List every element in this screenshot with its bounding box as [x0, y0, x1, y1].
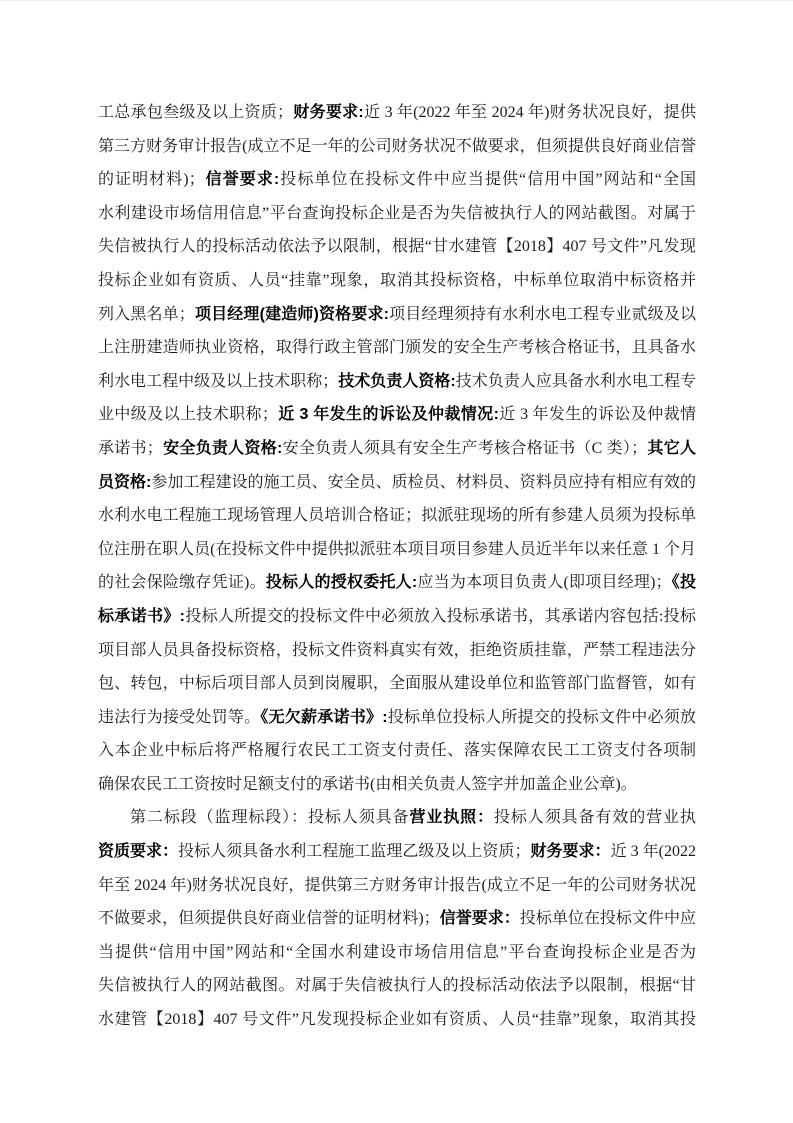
- text-run: 参加工程建设的施工员、安全员、质检员、材料员、资料员应持有相应有效的: [151, 474, 696, 491]
- text-run: 上注册建造师执业资格，取得行政主管部门颁发的安全生产考核合格证书，且具备水: [98, 339, 696, 356]
- text-line: 包、转包，中标后项目部人员到岗履职，全面服从建设单位和监管部门监督管，如有: [98, 667, 696, 701]
- bold-text-run: 营业执照：: [409, 809, 494, 826]
- paragraph-lot2-supervision-requirements: 第二标段（监理标段）：投标人须具备营业执照：投标人须具备有效的营业执照；资质要求…: [98, 801, 696, 1036]
- bold-text-run: 标承诺书》:: [98, 608, 185, 625]
- text-line: 当提供“信用中国”网站和“全国水利建设市场信用信息”平台查询投标企业是否为: [98, 936, 696, 970]
- text-line: 失信被执行人的网站截图。对属于失信被执行人的投标活动依法予以限制，根据“甘: [98, 969, 696, 1003]
- text-line: 位注册在职人员(在投标文件中提供拟派驻本项目项目参建人员近半年以来任意 1 个月: [98, 533, 696, 567]
- text-run: 水利水电工程施工现场管理人员培训合格证；拟派驻现场的所有参建人员须为投标单: [98, 507, 696, 524]
- bold-text-run: 其它人: [647, 440, 696, 457]
- text-line: 上注册建造师执业资格，取得行政主管部门颁发的安全生产考核合格证书，且具备水: [98, 331, 696, 365]
- text-line: 员资格:参加工程建设的施工员、安全员、质检员、材料员、资料员应持有相应有效的: [98, 466, 696, 500]
- text-run: 水建管【2018】407 号文件”凡发现投标企业如有资质、人员“挂靠”现象，取消…: [98, 1011, 696, 1028]
- text-run: 失信被执行人的网站截图。对属于失信被执行人的投标活动依法予以限制，根据“甘: [98, 977, 696, 994]
- text-line: 不做要求，但须提供良好商业信誉的证明材料)；信誉要求：投标单位在投标文件中应: [98, 902, 696, 936]
- text-line: 确保农民工工资按时足额支付的承诺书(由相关负责人签字并加盖企业公章)。: [98, 768, 696, 802]
- text-line: 投标企业如有资质、人员“挂靠”现象，取消其投标资格，中标单位取消中标资格并: [98, 264, 696, 298]
- text-line: 年至 2024 年)财务状况良好，提供第三方财务审计报告(成立不足一年的公司财务…: [98, 869, 696, 903]
- bold-text-run: 财务要求:: [293, 104, 364, 121]
- text-run: 近 3 年(2022 年至 2024 年)财务状况良好，提供: [364, 104, 696, 121]
- text-line: 失信被执行人的投标活动依法予以限制，根据“甘水建管【2018】407 号文件”凡…: [98, 230, 696, 264]
- bold-text-run: 《投: [672, 574, 696, 591]
- bold-text-run: 资质要求：: [98, 843, 178, 860]
- text-run: 位注册在职人员(在投标文件中提供拟派驻本项目项目参建人员近半年以来任意 1 个月: [98, 541, 696, 558]
- document-content: 工总承包叁级及以上资质；财务要求:近 3 年(2022 年至 2024 年)财务…: [98, 96, 696, 1037]
- text-run: 第三方财务审计报告(成立不足一年的公司财务状况不做要求，但须提供良好商业信誉: [98, 138, 696, 155]
- text-line: 水利建设市场信用信息”平台查询投标企业是否为失信被执行人的网站截图。对属于: [98, 197, 696, 231]
- text-line: 标承诺书》:投标人所提交的投标文件中必须放入投标承诺书，其承诺内容包括:投标: [98, 600, 696, 634]
- text-run: 安全负责人须具有安全生产考核合格证书（C 类）；: [282, 440, 647, 457]
- text-run: 项目经理须持有水利水电工程专业贰级及以: [389, 306, 696, 323]
- text-run: 近 3 年(2022: [611, 843, 696, 860]
- bold-text-run: 信誉要求：: [440, 910, 520, 927]
- text-run: 投标企业如有资质、人员“挂靠”现象，取消其投标资格，中标单位取消中标资格并: [98, 272, 696, 289]
- text-line: 项目部人员具备投标资格，投标文件资料真实有效，拒绝资质挂靠，严禁工程违法分: [98, 634, 696, 668]
- text-line: 工总承包叁级及以上资质；财务要求:近 3 年(2022 年至 2024 年)财务…: [98, 96, 696, 130]
- text-run: 利水电工程中级及以上技术职称；: [98, 373, 338, 390]
- text-run: 入本企业中标后将严格履行农民工工资支付责任、落实保障农民工工资支付各项制度、: [98, 742, 696, 768]
- document-page: 工总承包叁级及以上资质；财务要求:近 3 年(2022 年至 2024 年)财务…: [0, 0, 793, 1123]
- text-line: 第三方财务审计报告(成立不足一年的公司财务状况不做要求，但须提供良好商业信誉: [98, 130, 696, 164]
- text-line: 业中级及以上技术职称；近 3 年发生的诉讼及仲裁情况:近 3 年发生的诉讼及仲裁…: [98, 398, 696, 432]
- text-line: 第二标段（监理标段）：投标人须具备营业执照：投标人须具备有效的营业执照；: [98, 801, 696, 835]
- text-run: 当提供“信用中国”网站和“全国水利建设市场信用信息”平台查询投标企业是否为: [98, 944, 696, 961]
- bold-text-run: 信誉要求:: [205, 171, 280, 188]
- text-line: 列入黑名单；项目经理(建造师)资格要求:项目经理须持有水利水电工程专业贰级及以: [98, 298, 696, 332]
- bold-text-run: 财务要求：: [530, 843, 610, 860]
- paragraph-lot1-qualification-requirements: 工总承包叁级及以上资质；财务要求:近 3 年(2022 年至 2024 年)财务…: [98, 96, 696, 801]
- text-run: 投标单位在投标文件中应: [520, 910, 696, 927]
- text-line: 的社会保险缴存凭证)。投标人的授权委托人:应当为本项目负责人(即项目经理)；《投: [98, 566, 696, 600]
- text-run: 违法行为接受处罚等。: [98, 709, 260, 726]
- text-run: 的社会保险缴存凭证)。: [98, 574, 266, 591]
- text-run: 的证明材料)；: [98, 171, 205, 188]
- text-line: 利水电工程中级及以上技术职称；技术负责人资格:技术负责人应具备水利水电工程专: [98, 365, 696, 399]
- text-run: 承诺书；: [98, 440, 163, 457]
- text-run: 技术负责人应具备水利水电工程专: [456, 373, 696, 390]
- text-run: 不做要求，但须提供良好商业信誉的证明材料)；: [98, 910, 440, 927]
- text-line: 水利水电工程施工现场管理人员培训合格证；拟派驻现场的所有参建人员须为投标单: [98, 499, 696, 533]
- text-run: 业中级及以上技术职称；: [98, 406, 278, 423]
- bold-text-run: 安全负责人资格:: [163, 440, 282, 457]
- text-run: 确保农民工工资按时足额支付的承诺书(由相关负责人签字并加盖企业公章)。: [98, 776, 637, 793]
- bold-text-run: 员资格:: [98, 474, 151, 491]
- text-line: 承诺书；安全负责人资格:安全负责人须具有安全生产考核合格证书（C 类）；其它人: [98, 432, 696, 466]
- text-run: 投标单位投标人所提交的投标文件中必须放: [388, 709, 696, 726]
- text-line: 的证明材料)；信誉要求:投标单位在投标文件中应当提供“信用中国”网站和“全国: [98, 163, 696, 197]
- text-run: 应当为本项目负责人(即项目经理)；: [417, 574, 671, 591]
- bold-text-run: 《无欠薪承诺书》:: [260, 709, 387, 726]
- text-run: 水利建设市场信用信息”平台查询投标企业是否为失信被执行人的网站截图。对属于: [98, 205, 696, 222]
- bold-text-run: 项目经理(建造师)资格要求:: [195, 306, 389, 323]
- bold-text-run: 近 3 年发生的诉讼及仲裁情况:: [278, 406, 499, 423]
- bold-text-run: 投标人的授权委托人:: [266, 574, 417, 591]
- text-run: 投标人须具备水利工程施工监理乙级及以上资质；: [178, 843, 530, 860]
- text-run: 包、转包，中标后项目部人员到岗履职，全面服从建设单位和监管部门监督管，如有: [98, 675, 696, 692]
- text-run: 年至 2024 年)财务状况良好，提供第三方财务审计报告(成立不足一年的公司财务…: [98, 877, 696, 894]
- text-run: 工总承包叁级及以上资质；: [98, 104, 293, 121]
- text-line: 违法行为接受处罚等。《无欠薪承诺书》:投标单位投标人所提交的投标文件中必须放: [98, 701, 696, 735]
- text-run: 投标单位在投标文件中应当提供“信用中国”网站和“全国: [279, 171, 696, 188]
- text-run: 列入黑名单；: [98, 306, 195, 323]
- text-line: 水建管【2018】407 号文件”凡发现投标企业如有资质、人员“挂靠”现象，取消…: [98, 1003, 696, 1037]
- bold-text-run: 技术负责人资格:: [338, 373, 455, 390]
- text-run: 项目部人员具备投标资格，投标文件资料真实有效，拒绝资质挂靠，严禁工程违法分: [98, 642, 696, 659]
- text-line: 入本企业中标后将严格履行农民工工资支付责任、落实保障农民工工资支付各项制度、: [98, 734, 696, 768]
- text-run: 第二标段（监理标段）：投标人须具备: [130, 809, 409, 826]
- text-run: 失信被执行人的投标活动依法予以限制，根据“甘水建管【2018】407 号文件”凡…: [98, 238, 696, 255]
- text-line: 资质要求：投标人须具备水利工程施工监理乙级及以上资质；财务要求：近 3 年(20…: [98, 835, 696, 869]
- text-run: 投标人所提交的投标文件中必须放入投标承诺书，其承诺内容包括:投标: [185, 608, 696, 625]
